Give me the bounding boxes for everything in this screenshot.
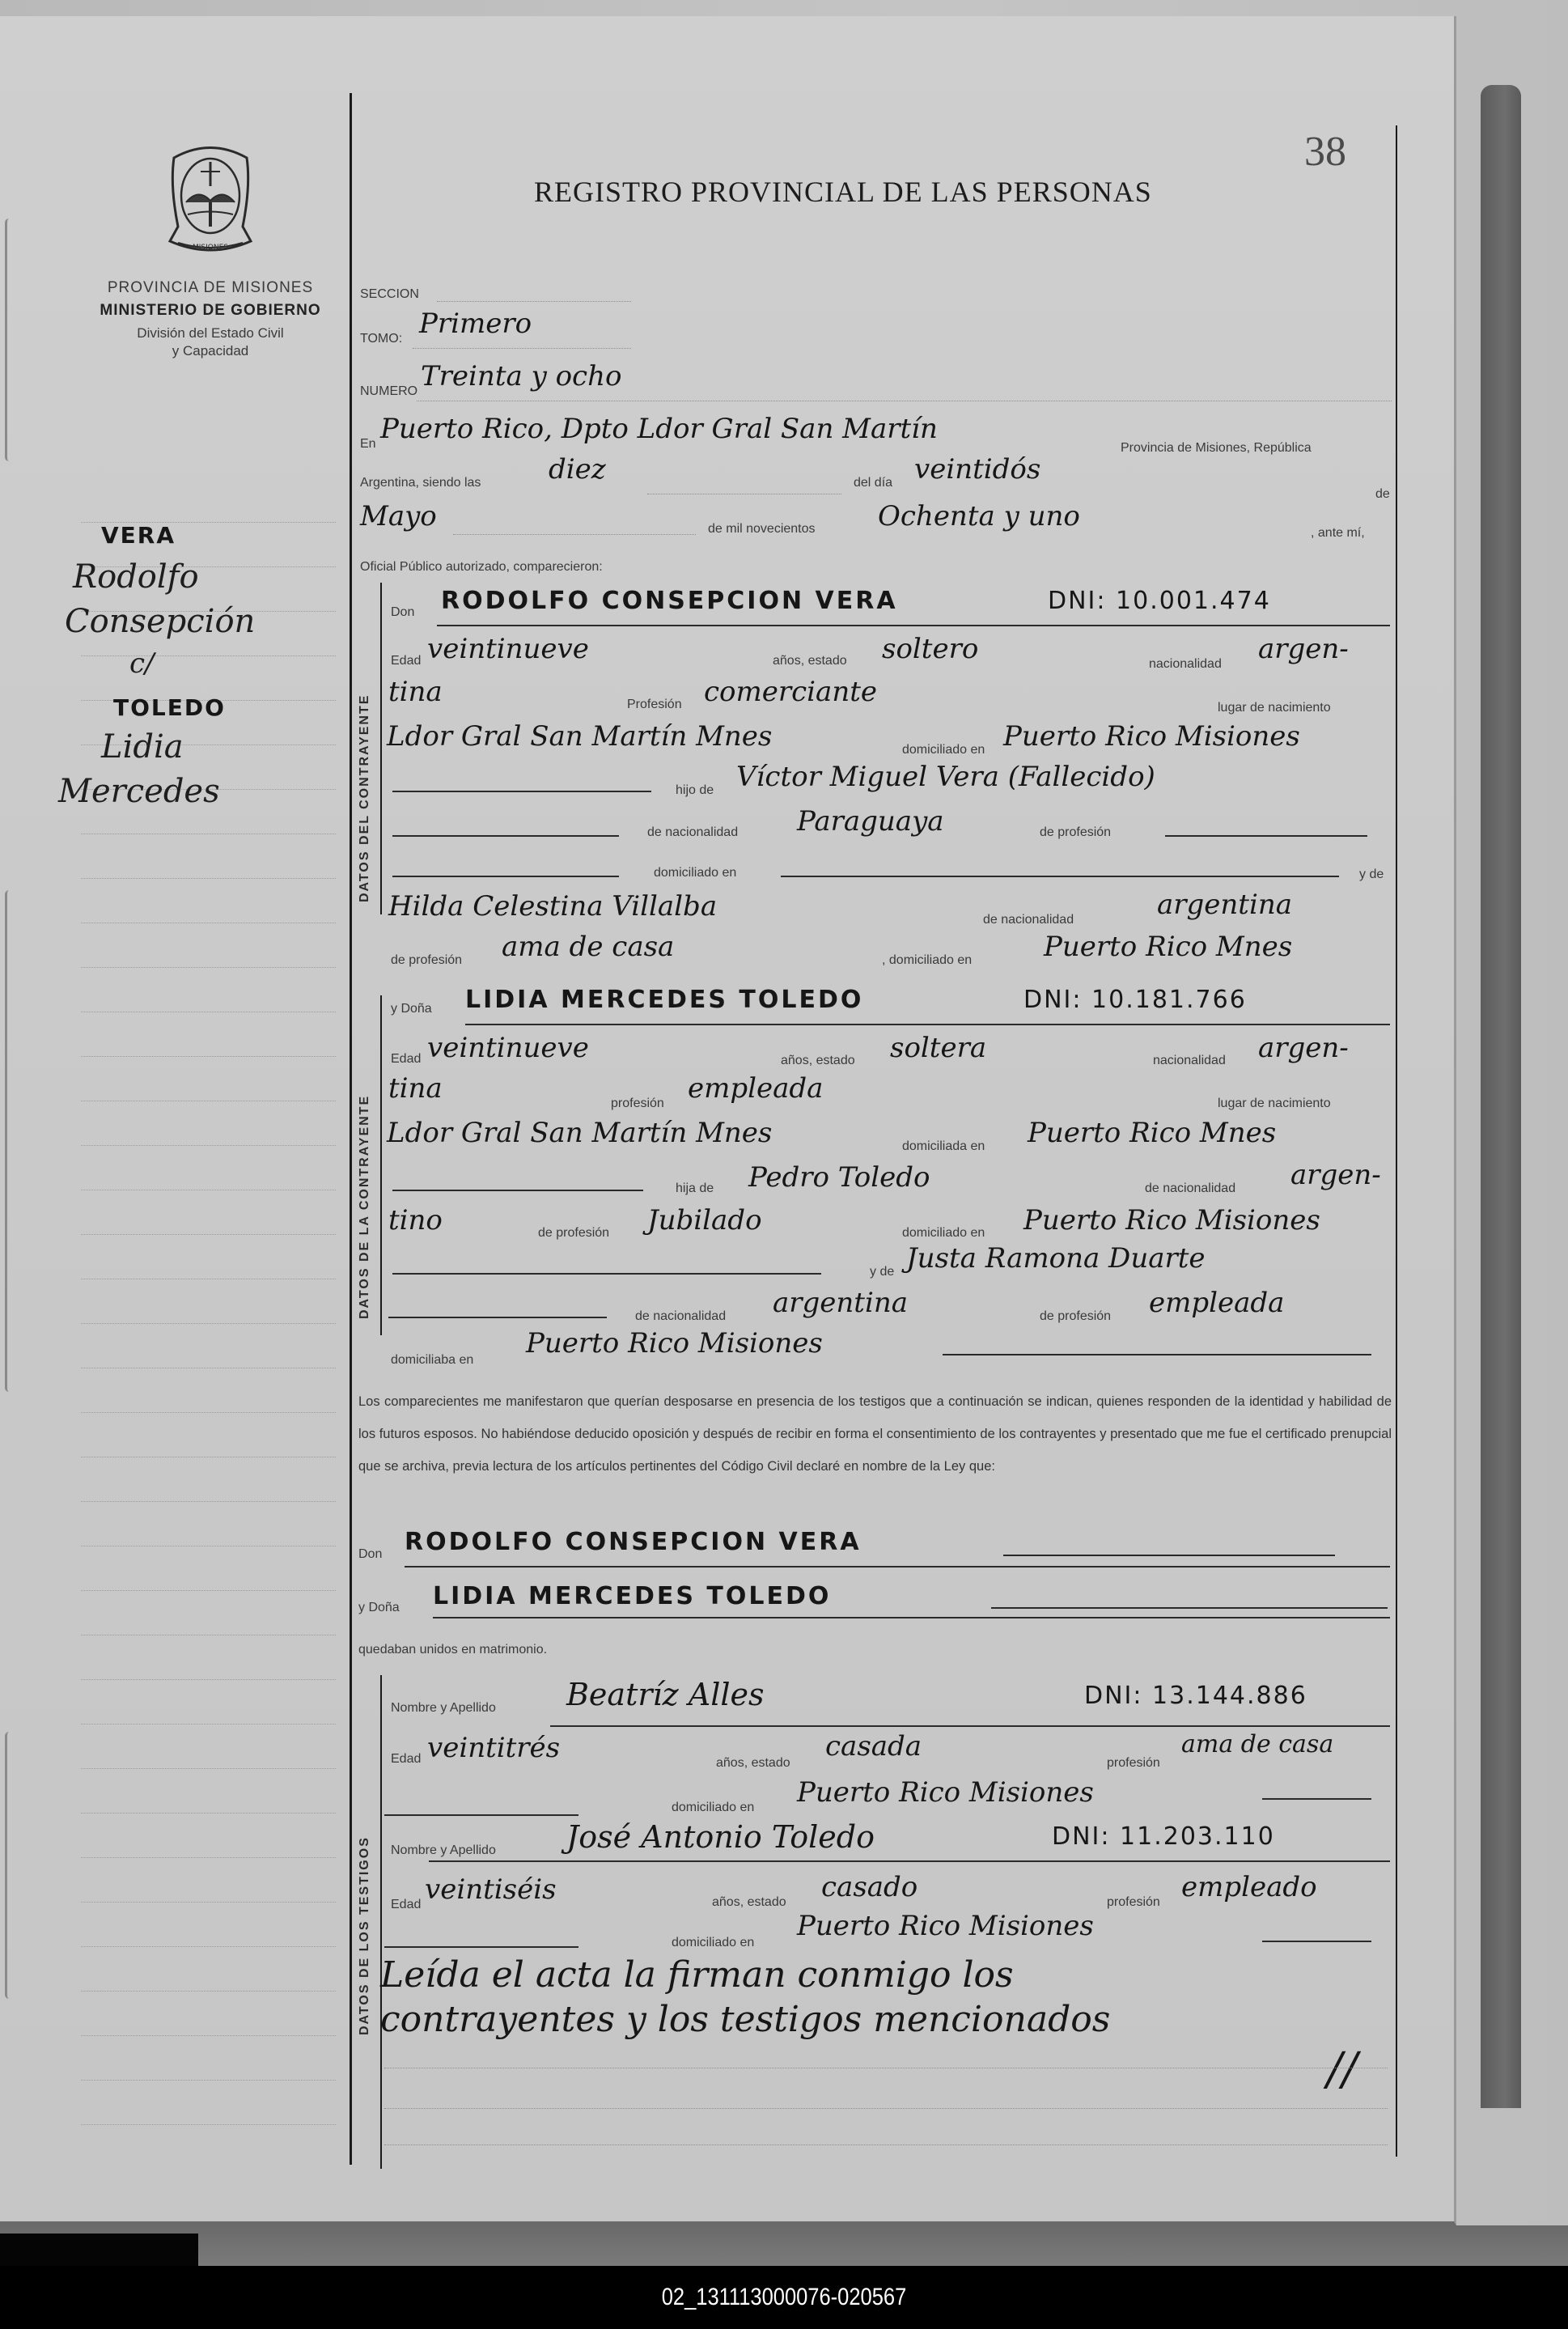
bride-domiciliada-label: domiciliada en [902, 1139, 985, 1154]
bride-lugar-nacimiento-label: lugar de nacimiento [1218, 1097, 1331, 1111]
numero-value: Treinta y ocho [421, 360, 621, 392]
groom-dni: DNI: 10.001.474 [1048, 587, 1271, 615]
province-republic-label: Provincia de Misiones, República [1121, 441, 1312, 456]
margin-rule [81, 1724, 336, 1724]
groom-nationality-b: tina [388, 676, 443, 708]
witness1-blank-line [384, 1814, 578, 1816]
day-value: veintidós [914, 453, 1040, 486]
bride-age: veintinueve [427, 1032, 589, 1064]
closing-line-1: Leída el acta la firman conmigo los [380, 1954, 1014, 1996]
groom-name-underline [437, 625, 1390, 626]
closing-mark: // [1327, 2043, 1358, 2096]
de-mil-novecientos-label: de mil novecientos [708, 522, 816, 537]
blank-rule [384, 2144, 1388, 2145]
decl-bride-name: LIDIA MERCEDES TOLEDO [433, 1582, 831, 1610]
month-value: Mayo [360, 500, 437, 532]
groom-mother-dom-label: , domiciliado en [882, 953, 972, 968]
witness2-dom-trail [1262, 1941, 1371, 1942]
groom-father-nationality: Paraguaya [797, 805, 944, 838]
decl-bride-trail [991, 1607, 1388, 1609]
witness1-edad-label: Edad [391, 1752, 421, 1767]
groom-blank-line [392, 791, 651, 792]
witness1-dom-trail [1262, 1798, 1371, 1800]
margin-rule [81, 967, 336, 968]
numero-label: NUMERO [360, 384, 417, 399]
closing-line-2: contrayentes y los testigos mencionados [380, 1999, 1110, 2040]
bride-edad-label: Edad [391, 1052, 421, 1067]
decl-dona-label: y Doña [358, 1601, 400, 1615]
margin-rule [81, 1323, 336, 1324]
groom-domicile: Puerto Rico Misiones [1003, 720, 1300, 753]
groom-nationality-a: argen- [1258, 633, 1349, 665]
registry-page: MISIONES PROVINCIA DE MISIONES MINISTERI… [0, 16, 1456, 2225]
svg-text:MISIONES: MISIONES [193, 244, 228, 252]
numero-line [417, 401, 1392, 401]
groom-father: Víctor Miguel Vera (Fallecido) [736, 761, 1155, 793]
margin-rule [81, 1501, 336, 1502]
margin-rule [81, 1056, 336, 1057]
bride-blank-line [392, 1190, 643, 1191]
witness-section-label: DATOS DE LOS TESTIGOS [358, 1836, 372, 2035]
bride-nationality-b: tina [388, 1072, 443, 1105]
margin-given-groom-2: Consepción [65, 603, 307, 640]
margin-rule [81, 1190, 336, 1190]
bride-father-dom-label: domiciliado en [902, 1226, 985, 1241]
de-label: de [1375, 487, 1390, 502]
margin-column: MISIONES PROVINCIA DE MISIONES MINISTERI… [0, 16, 350, 2221]
witness2-edad-label: Edad [391, 1898, 421, 1912]
right-border [1396, 125, 1397, 2157]
margin-rule [81, 2080, 336, 2081]
margin-rule [81, 1412, 336, 1413]
margin-rule [81, 834, 336, 834]
witness-section-bracket [380, 1675, 382, 2169]
bride-mother-domicile: Puerto Rico Misiones [526, 1327, 823, 1360]
folio-number: 38 [1304, 128, 1346, 176]
margin-surname-groom: VERA [101, 522, 344, 549]
groom-mother-domicile: Puerto Rico Mnes [1044, 931, 1292, 963]
witness2-domiciliado-label: domiciliado en [672, 1936, 754, 1950]
witness1-age: veintitrés [427, 1732, 560, 1764]
oficial-publico-label: Oficial Público autorizado, compareciero… [360, 560, 603, 575]
witness1-civil-status: casada [825, 1730, 922, 1763]
bride-domicile: Puerto Rico Mnes [1028, 1117, 1276, 1149]
groom-section-label: DATOS DEL CONTRAYENTE [358, 694, 372, 902]
groom-anos-estado-label: años, estado [773, 654, 847, 668]
blank-rule [384, 2108, 1388, 2109]
witness2-domicile: Puerto Rico Misiones [797, 1910, 1094, 1942]
bride-father-nat-label: de nacionalidad [1145, 1181, 1235, 1196]
bride-name-underline [465, 1024, 1390, 1025]
decl-groom-name: RODOLFO CONSEPCION VERA [405, 1528, 862, 1556]
hour-value: diez [549, 453, 606, 486]
margin-rule [81, 1813, 336, 1814]
groom-blank-line [392, 835, 619, 837]
hour-line [647, 494, 841, 494]
bride-mother: Justa Ramona Duarte [906, 1242, 1206, 1275]
bride-father: Pedro Toledo [748, 1161, 930, 1194]
margin-rule [81, 923, 336, 923]
bride-birthplace: Ldor Gral San Martín Mnes [387, 1117, 772, 1149]
witness2-name-underline [429, 1860, 1390, 1862]
dona-label: y Doña [391, 1002, 432, 1016]
witness1-nombre-label: Nombre y Apellido [391, 1701, 496, 1716]
margin-rule [81, 1991, 336, 1992]
document-title: REGISTRO PROVINCIAL DE LAS PERSONAS [534, 175, 1152, 209]
bride-mother-profession: empleada [1149, 1287, 1284, 1319]
margin-rule [81, 1279, 336, 1279]
margin-rule [81, 1590, 336, 1591]
witness1-name-underline [550, 1725, 1390, 1727]
siendo-label: Argentina, siendo las [360, 476, 481, 490]
blank-rule [384, 2068, 1388, 2068]
tomo-label: TOMO: [360, 332, 402, 346]
margin-given-bride: Lidia [101, 728, 344, 766]
bride-dni: DNI: 10.181.766 [1023, 986, 1247, 1014]
bride-father-domicile: Puerto Rico Misiones [1023, 1204, 1320, 1237]
witness2-dni: DNI: 11.203.110 [1052, 1822, 1275, 1851]
witness2-name: José Antonio Toledo [566, 1819, 875, 1855]
del-dia-label: del día [854, 476, 892, 490]
month-line [453, 534, 696, 535]
margin-rule [81, 1145, 336, 1146]
bride-y-de-label: y de [870, 1265, 894, 1279]
groom-profesion-label: Profesión [627, 698, 682, 712]
bride-name: LIDIA MERCEDES TOLEDO [465, 986, 863, 1014]
margin-given-bride-2: Mercedes [58, 773, 301, 810]
bride-mother-dom-line [943, 1354, 1371, 1355]
bride-father-profession: Jubilado [647, 1204, 762, 1237]
marriage-declaration-text: Los comparecientes me manifestaron que q… [358, 1385, 1392, 1483]
misiones-coat-of-arms-icon: MISIONES [154, 138, 267, 259]
witness2-profesion-label: profesión [1107, 1895, 1160, 1910]
bride-nationality-a: argen- [1258, 1032, 1349, 1064]
witness2-nombre-label: Nombre y Apellido [391, 1843, 496, 1858]
bride-mother-nationality: argentina [773, 1287, 908, 1319]
bride-hija-de-label: hija de [676, 1181, 714, 1196]
witness2-profession: empleado [1181, 1871, 1317, 1903]
quedaban-unidos-label: quedaban unidos en matrimonio. [358, 1643, 547, 1657]
tomo-line [413, 348, 631, 349]
groom-y-de-label: y de [1359, 868, 1384, 882]
ante-mi-label: , ante mí, [1311, 526, 1365, 541]
witness2-blank-line [384, 1946, 578, 1948]
don-label: Don [391, 605, 414, 620]
margin-rule [81, 1635, 336, 1635]
place-value: Puerto Rico, Dpto Ldor Gral San Martín [380, 413, 938, 445]
bride-section-label: DATOS DE LA CONTRAYENTE [358, 1095, 372, 1319]
groom-age: veintinueve [427, 633, 589, 665]
witness1-name: Beatríz Alles [566, 1677, 765, 1712]
margin-rule [81, 1012, 336, 1012]
scan-image-id: 02_131113000076-020567 [117, 2284, 1450, 2311]
margin-rule [81, 2035, 336, 2036]
groom-domiciliado-label: domiciliado en [902, 743, 985, 757]
margin-rule [81, 1101, 336, 1101]
witness1-anos-estado-label: años, estado [716, 1756, 790, 1771]
groom-father-dom-label: domiciliado en [654, 866, 736, 880]
groom-mother: Hilda Celestina Villalba [388, 890, 717, 923]
groom-blank-line [392, 876, 619, 877]
decl-bride-underline [433, 1617, 1390, 1618]
groom-section-bracket [380, 583, 382, 914]
ministry-name: MINISTERIO DE GOBIERNO [81, 302, 340, 320]
bride-section-bracket [380, 995, 382, 1335]
bride-anos-estado-label: años, estado [781, 1054, 855, 1068]
groom-father-dom-line [781, 876, 1339, 877]
witness2-civil-status: casado [821, 1871, 917, 1903]
margin-divider [350, 93, 352, 2165]
margin-given-groom: Rodolfo [73, 558, 316, 596]
en-label: En [360, 437, 376, 452]
binder-edge [1481, 85, 1521, 2108]
groom-birthplace: Ldor Gral San Martín Mnes [387, 720, 772, 753]
margin-rule [81, 1768, 336, 1769]
bride-blank-line [392, 1273, 821, 1275]
groom-lugar-nacimiento-label: lugar de nacimiento [1218, 701, 1331, 715]
margin-surname-bride: TOLEDO [113, 694, 356, 721]
issuing-authority: PROVINCIA DE MISIONES MINISTERIO DE GOBI… [81, 279, 340, 360]
bride-civil-status: soltera [890, 1032, 986, 1064]
groom-nacionalidad-label: nacionalidad [1149, 657, 1222, 672]
bride-father-nationality-b: tino [388, 1204, 443, 1237]
groom-mother-nationality: argentina [1157, 889, 1292, 921]
groom-hijo-de-label: hijo de [676, 783, 714, 798]
groom-name: RODOLFO CONSEPCION VERA [441, 587, 898, 615]
witness1-dni: DNI: 13.144.886 [1084, 1682, 1307, 1710]
witness1-domicile: Puerto Rico Misiones [797, 1776, 1094, 1809]
bride-blank-line [388, 1317, 607, 1318]
province-name: PROVINCIA DE MISIONES [81, 279, 340, 297]
seccion-line [437, 301, 631, 302]
bride-mother-nat-label: de nacionalidad [635, 1309, 726, 1324]
margin-rule [81, 1368, 336, 1368]
seccion-label: SECCION [360, 287, 419, 302]
bride-mother-dom-label: domiciliaba en [391, 1353, 473, 1368]
groom-father-prof-line [1165, 835, 1367, 837]
witness1-profession: ama de casa [1181, 1730, 1333, 1758]
margin-rule [81, 2124, 336, 2125]
bride-profession: empleada [688, 1072, 823, 1105]
decl-groom-underline [405, 1566, 1390, 1568]
groom-mother-prof-label: de profesión [391, 953, 462, 968]
witness1-profesion-label: profesión [1107, 1756, 1160, 1771]
margin-rule [81, 1857, 336, 1858]
margin-rule [81, 1234, 336, 1235]
groom-father-prof-label: de profesión [1040, 825, 1111, 840]
witness2-anos-estado-label: años, estado [712, 1895, 786, 1910]
bride-father-nationality-a: argen- [1290, 1159, 1381, 1191]
division-name: División del Estado Civil y Capacidad [81, 325, 340, 360]
groom-mother-profession: ama de casa [502, 931, 674, 963]
margin-rule [81, 1679, 336, 1680]
decl-groom-trail [1003, 1555, 1335, 1556]
witness1-domiciliado-label: domiciliado en [672, 1801, 754, 1815]
margin-rule [81, 1546, 336, 1546]
year-value: Ochenta y uno [878, 500, 1080, 532]
witness2-age: veintiséis [425, 1873, 557, 1906]
groom-profession: comerciante [704, 676, 877, 708]
bride-mother-prof-label: de profesión [1040, 1309, 1111, 1324]
bride-profesion-label: profesión [611, 1097, 664, 1111]
bride-father-prof-label: de profesión [538, 1226, 609, 1241]
groom-edad-label: Edad [391, 654, 421, 668]
margin-rule [81, 878, 336, 879]
margin-rule [81, 1946, 336, 1947]
bride-nacionalidad-label: nacionalidad [1153, 1054, 1226, 1068]
decl-don-label: Don [358, 1547, 382, 1562]
groom-civil-status: soltero [882, 633, 978, 665]
margin-rule [81, 1902, 336, 1903]
margin-rule [81, 1457, 336, 1457]
tomo-value: Primero [419, 308, 532, 340]
margin-connector: c/ [129, 647, 372, 680]
groom-father-nat-label: de nacionalidad [647, 825, 738, 840]
groom-mother-nat-label: de nacionalidad [983, 913, 1074, 927]
